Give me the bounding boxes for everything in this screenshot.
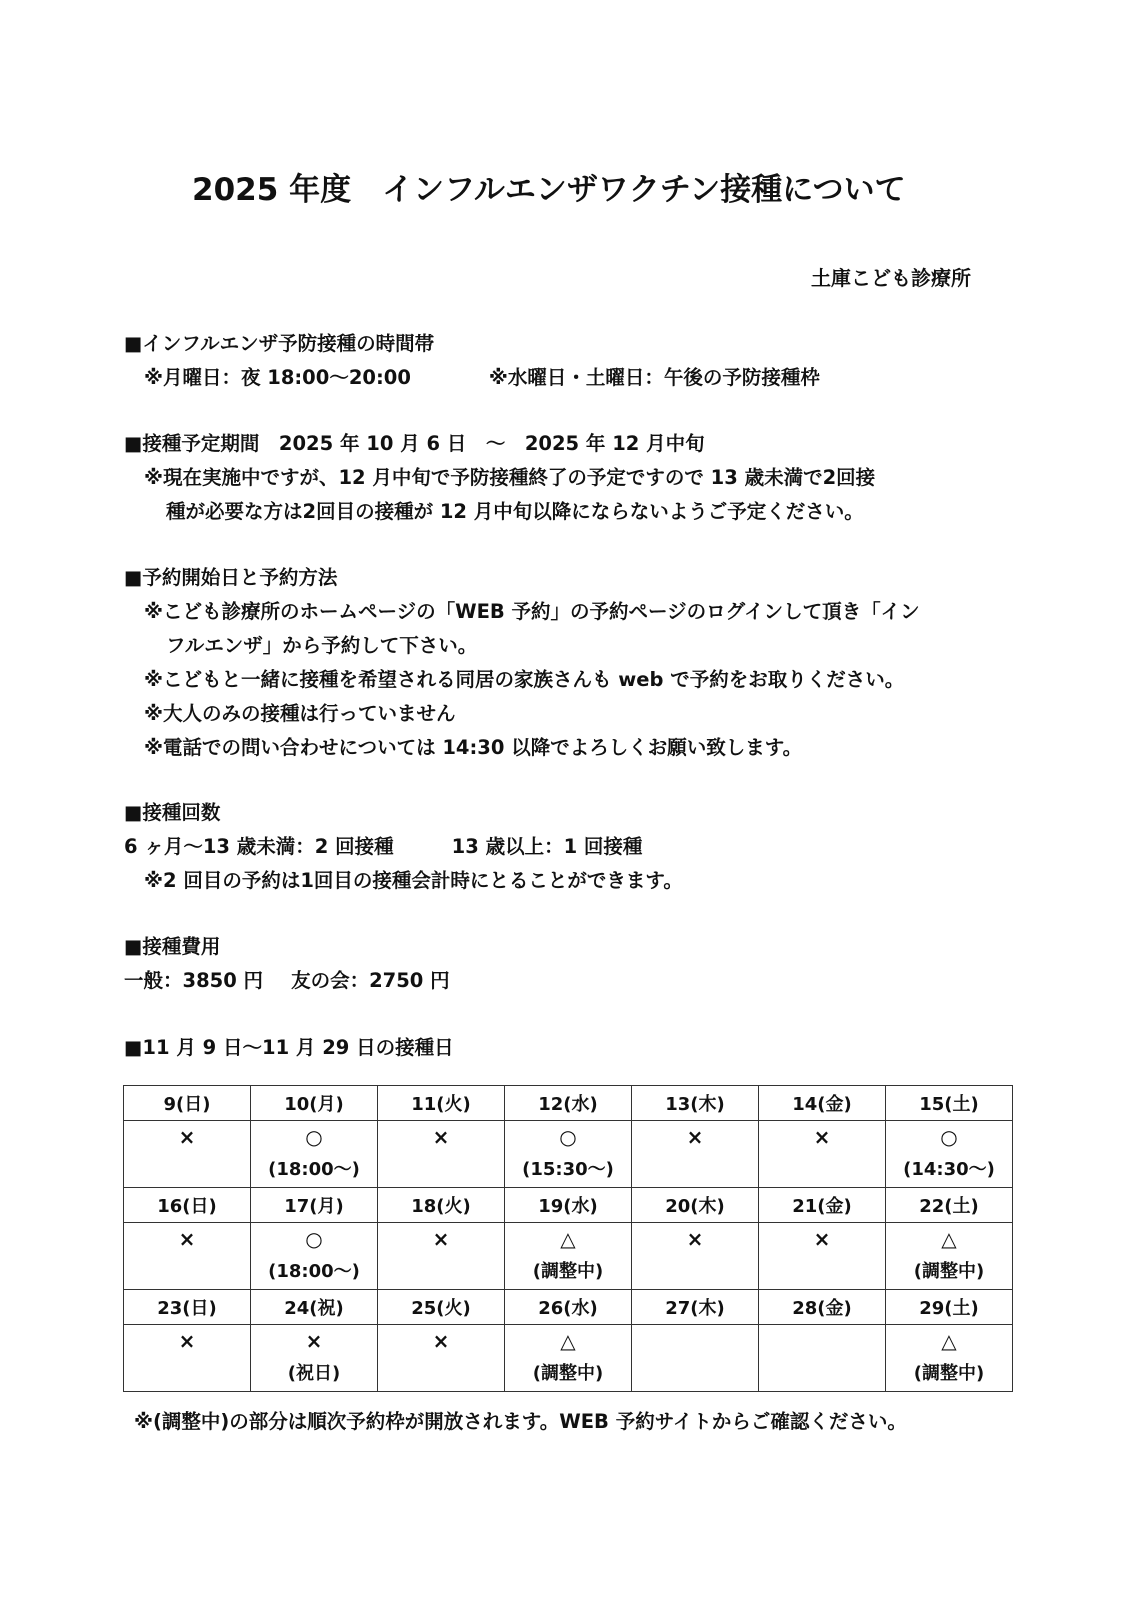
section-heading: ■11 月 9 日～11 月 29 日の接種日 [124, 1031, 454, 1065]
doses-note: ※2 回目の予約は1回目の接種会計時にとることができます。 [124, 864, 683, 898]
status-cell: × [759, 1223, 886, 1290]
availability-mark: △ [886, 1325, 1012, 1359]
date-cell: 25(火) [378, 1290, 505, 1325]
date-cell: 14(金) [759, 1086, 886, 1121]
date-cell: 11(火) [378, 1086, 505, 1121]
hours-row: ※月曜日：夜 18:00～20:00※水曜日・土曜日：午後の予防接種枠 [124, 361, 820, 395]
schedule-footnote: ※(調整中)の部分は順次予約枠が開放されます。WEB 予約サイトからご確認くださ… [134, 1406, 907, 1434]
fee-general: 一般：3850 円 [124, 969, 263, 992]
availability-mark: × [378, 1121, 504, 1155]
section-hours: ■インフルエンザ予防接種の時間帯 ※月曜日：夜 18:00～20:00※水曜日・… [124, 327, 820, 395]
fees-row: 一般：3850 円友の会：2750 円 [124, 964, 450, 998]
availability-mark: ○ [886, 1121, 1012, 1155]
availability-mark: ○ [251, 1223, 377, 1257]
status-cell: × [124, 1121, 251, 1188]
week-3-dates: 23(日) 24(祝) 25(火) 26(水) 27(木) 28(金) 29(土… [124, 1290, 1013, 1325]
section-reservation: ■予約開始日と予約方法 ※こども診療所のホームページの「WEB 予約」の予約ペー… [124, 561, 920, 765]
availability-note: (14:30～) [886, 1155, 1012, 1187]
availability-note [378, 1155, 504, 1187]
date-cell: 18(火) [378, 1188, 505, 1223]
date-cell: 19(水) [505, 1188, 632, 1223]
availability-note [632, 1359, 758, 1391]
monday-hours: ※月曜日：夜 18:00～20:00 [144, 366, 411, 389]
date-cell: 21(金) [759, 1188, 886, 1223]
availability-mark: × [251, 1325, 377, 1359]
status-cell: × [759, 1121, 886, 1188]
date-cell: 15(土) [886, 1086, 1013, 1121]
reservation-item-cont: フルエンザ」から予約して下さい。 [124, 629, 920, 663]
availability-mark: × [124, 1223, 250, 1257]
availability-mark: ○ [251, 1121, 377, 1155]
availability-note [632, 1257, 758, 1289]
section-schedule: ■11 月 9 日～11 月 29 日の接種日 [124, 1031, 454, 1065]
availability-mark: × [124, 1325, 250, 1359]
status-cell: △(調整中) [505, 1325, 632, 1392]
availability-mark: × [378, 1325, 504, 1359]
status-cell [632, 1325, 759, 1392]
availability-note: (祝日) [251, 1359, 377, 1391]
date-cell: 20(木) [632, 1188, 759, 1223]
availability-mark: × [759, 1223, 885, 1257]
doses-under-13: 6 ヶ月～13 歳未満：2 回接種 [124, 835, 394, 858]
status-cell: × [124, 1325, 251, 1392]
status-cell: △(調整中) [505, 1223, 632, 1290]
section-fees: ■接種費用 一般：3850 円友の会：2750 円 [124, 930, 450, 998]
reservation-item: ※こども診療所のホームページの「WEB 予約」の予約ページのログインして頂き「イ… [124, 595, 920, 629]
availability-mark [759, 1325, 885, 1359]
week-1-dates: 9(日) 10(月) 11(火) 12(水) 13(木) 14(金) 15(土) [124, 1086, 1013, 1121]
availability-note: (18:00～) [251, 1155, 377, 1187]
period-note: ※現在実施中ですが、12 月中旬で予防接種終了の予定ですので 13 歳未満で2回… [124, 461, 875, 495]
section-period: ■接種予定期間 2025 年 10 月 6 日 ～ 2025 年 12 月中旬 … [124, 427, 875, 529]
availability-note [759, 1155, 885, 1187]
availability-note: (調整中) [505, 1359, 631, 1391]
availability-note: (調整中) [886, 1359, 1012, 1391]
availability-mark: × [378, 1223, 504, 1257]
availability-note: (調整中) [886, 1257, 1012, 1289]
availability-note [378, 1257, 504, 1289]
date-cell: 28(金) [759, 1290, 886, 1325]
period-note-cont: 種が必要な方は2回目の接種が 12 月中旬以降にならないようご予定ください。 [124, 495, 875, 529]
fee-members: 友の会：2750 円 [291, 969, 450, 992]
section-heading: ■接種費用 [124, 930, 450, 964]
availability-mark: △ [505, 1223, 631, 1257]
status-cell: ○(15:30～) [505, 1121, 632, 1188]
doses-over-13: 13 歳以上：1 回接種 [452, 835, 643, 858]
availability-note [124, 1359, 250, 1391]
status-cell: × [632, 1121, 759, 1188]
date-cell: 22(土) [886, 1188, 1013, 1223]
availability-mark: × [632, 1223, 758, 1257]
availability-mark: ○ [505, 1121, 631, 1155]
reservation-item: ※こどもと一緒に接種を希望される同居の家族さんも web で予約をお取りください… [124, 663, 920, 697]
availability-mark: △ [886, 1223, 1012, 1257]
status-cell: × [378, 1325, 505, 1392]
doses-row: 6 ヶ月～13 歳未満：2 回接種13 歳以上：1 回接種 [124, 830, 683, 864]
status-cell: × [378, 1223, 505, 1290]
week-2-status: × ○(18:00～) × △(調整中) × × △(調整中) [124, 1223, 1013, 1290]
status-cell: △(調整中) [886, 1223, 1013, 1290]
date-cell: 23(日) [124, 1290, 251, 1325]
clinic-name: 土庫こども診療所 [811, 262, 971, 291]
date-cell: 27(木) [632, 1290, 759, 1325]
availability-note [632, 1155, 758, 1187]
availability-note [759, 1359, 885, 1391]
status-cell: × [378, 1121, 505, 1188]
availability-note: (18:00～) [251, 1257, 377, 1289]
availability-mark [632, 1325, 758, 1359]
section-heading: ■接種回数 [124, 796, 683, 830]
availability-note [378, 1359, 504, 1391]
week-2-dates: 16(日) 17(月) 18(火) 19(水) 20(木) 21(金) 22(土… [124, 1188, 1013, 1223]
availability-mark: × [632, 1121, 758, 1155]
status-cell: ○(18:00～) [251, 1121, 378, 1188]
availability-note [124, 1155, 250, 1187]
status-cell [759, 1325, 886, 1392]
availability-note [759, 1257, 885, 1289]
status-cell: △(調整中) [886, 1325, 1013, 1392]
date-cell: 26(水) [505, 1290, 632, 1325]
status-cell: ○(18:00～) [251, 1223, 378, 1290]
section-heading: ■予約開始日と予約方法 [124, 561, 920, 595]
date-cell: 16(日) [124, 1188, 251, 1223]
availability-mark: △ [505, 1325, 631, 1359]
week-1-status: × ○(18:00～) × ○(15:30～) × × ○(14:30～) [124, 1121, 1013, 1188]
week-3-status: × ×(祝日) × △(調整中) △(調整中) [124, 1325, 1013, 1392]
schedule-table: 9(日) 10(月) 11(火) 12(水) 13(木) 14(金) 15(土)… [123, 1085, 1013, 1392]
date-cell: 13(木) [632, 1086, 759, 1121]
status-cell: × [124, 1223, 251, 1290]
section-heading: ■インフルエンザ予防接種の時間帯 [124, 327, 820, 361]
section-doses: ■接種回数 6 ヶ月～13 歳未満：2 回接種13 歳以上：1 回接種 ※2 回… [124, 796, 683, 898]
date-cell: 29(土) [886, 1290, 1013, 1325]
date-cell: 9(日) [124, 1086, 251, 1121]
availability-mark: × [759, 1121, 885, 1155]
status-cell: ×(祝日) [251, 1325, 378, 1392]
availability-note: (15:30～) [505, 1155, 631, 1187]
reservation-item: ※大人のみの接種は行っていません [124, 697, 920, 731]
date-cell: 24(祝) [251, 1290, 378, 1325]
date-cell: 17(月) [251, 1188, 378, 1223]
availability-mark: × [124, 1121, 250, 1155]
date-cell: 10(月) [251, 1086, 378, 1121]
availability-note: (調整中) [505, 1257, 631, 1289]
status-cell: × [632, 1223, 759, 1290]
page-title: 2025 年度 インフルエンザワクチン接種について [192, 164, 906, 209]
availability-note [124, 1257, 250, 1289]
reservation-item: ※電話での問い合わせについては 14:30 以降でよろしくお願い致します。 [124, 731, 920, 765]
date-cell: 12(水) [505, 1086, 632, 1121]
section-heading: ■接種予定期間 2025 年 10 月 6 日 ～ 2025 年 12 月中旬 [124, 427, 875, 461]
wed-sat-hours: ※水曜日・土曜日：午後の予防接種枠 [489, 366, 820, 389]
status-cell: ○(14:30～) [886, 1121, 1013, 1188]
